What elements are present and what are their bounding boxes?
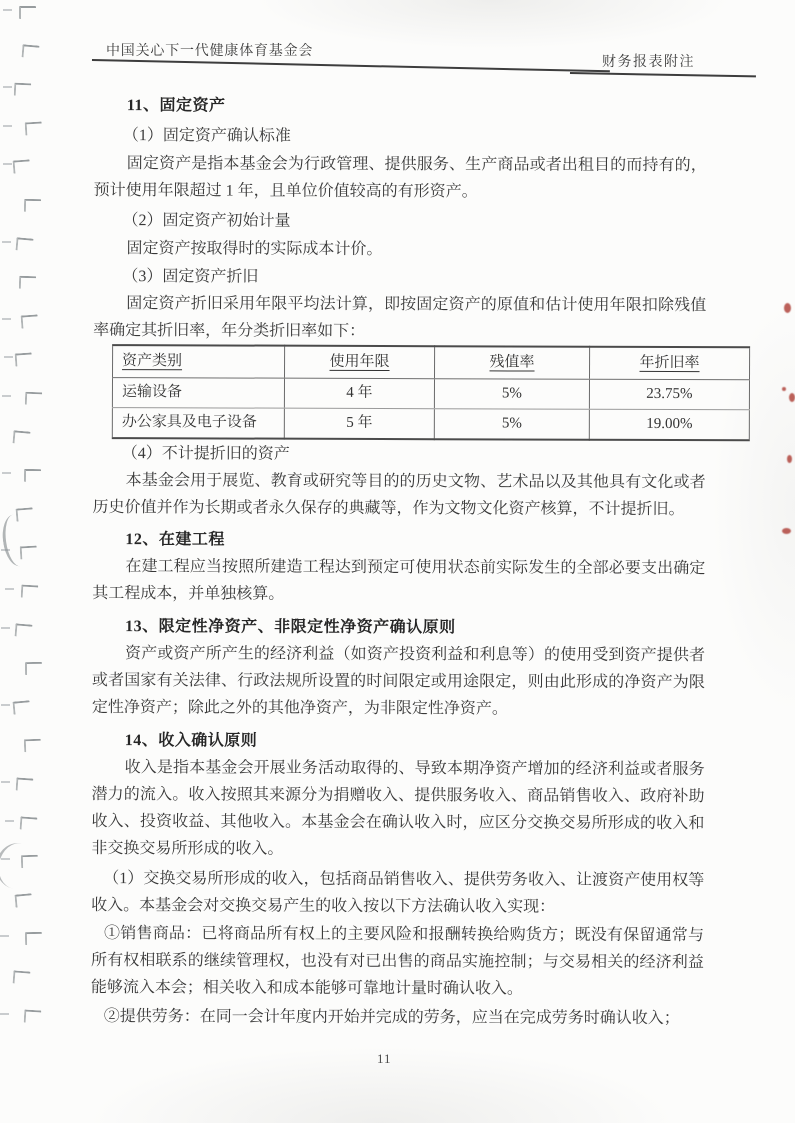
section-12-heading: 12、在建工程 [92, 526, 705, 555]
binding-dash-mark [3, 9, 12, 18]
binding-hook-mark [21, 44, 39, 58]
binding-hook-mark [24, 739, 41, 753]
binding-dash-mark [2, 395, 11, 404]
binding-dash-mark [1, 704, 10, 713]
binding-hook-mark [14, 83, 32, 97]
binding-hook-mark [13, 970, 31, 984]
binding-hook-mark [14, 353, 32, 367]
table-row: 办公家具及电子设备 5 年 5% 19.00% [112, 408, 749, 441]
section-11-2-paragraph: 固定资产按取得时的实际成本计价。 [93, 235, 706, 264]
depreciation-table-wrapper: 资产类别 使用年限 残值率 年折旧率 运输设备 4 年 5% 23.75% 办公… [93, 344, 706, 441]
binding-hook-mark [19, 276, 36, 289]
section-11-3-subheading: （3）固定资产折旧 [93, 263, 706, 292]
scanned-document-page: 中国关心下一代健康体育基金会 财务报表附注 11、固定资产 （1）固定资产确认标… [0, 0, 795, 1123]
binding-hook-mark [19, 816, 37, 830]
binding-curve-mark [0, 839, 43, 893]
binding-dash-mark [1, 858, 10, 867]
binding-hook-mark [16, 237, 34, 251]
section-11-4-subheading: （4）不计提折旧的资产 [93, 440, 706, 469]
depreciation-rate-table: 资产类别 使用年限 残值率 年折旧率 运输设备 4 年 5% 23.75% 办公… [112, 344, 750, 441]
binding-marks [0, 0, 70, 1123]
section-14-item-1-paragraph: （1）交换交易所形成的收入，包括商品销售收入、提供劳务收入、让渡资产使用权等收入… [91, 865, 704, 921]
binding-dash-mark [0, 935, 9, 944]
cell-useful-life: 5 年 [284, 408, 434, 439]
cell-asset-category: 办公家具及电子设备 [112, 408, 284, 439]
cell-residual-rate: 5% [434, 409, 589, 440]
header-rule-right [570, 72, 756, 77]
binding-hook-mark [19, 546, 37, 560]
col-header-annual-depreciation-rate: 年折旧率 [590, 347, 750, 380]
binding-dash-mark [5, 588, 14, 597]
binding-hook-mark [14, 893, 32, 907]
binding-curve-mark [0, 512, 39, 568]
binding-hook-mark [19, 6, 36, 19]
section-14-goods-paragraph: ①销售商品：已将商品所有权上的主要风险和报酬转换给购货方；既没有保留通常与所有权… [91, 920, 704, 1003]
header-document-label: 财务报表附注 [602, 51, 695, 71]
col-header-asset-category: 资产类别 [113, 345, 285, 378]
section-13-paragraph: 资产或资产所产生的经济利益（如资产投资利益和利息等）的使用受到资产提供者或者国家… [92, 640, 705, 723]
col-header-useful-life: 使用年限 [285, 346, 435, 379]
binding-dash-mark [2, 318, 11, 327]
red-ink-speck [784, 303, 791, 313]
binding-dash-mark [5, 820, 14, 829]
header-organization-name: 中国关心下一代健康体育基金会 [106, 40, 313, 60]
section-12-paragraph: 在建工程应当按照所建造工程达到预定可使用状态前实际发生的全部必要支出确定其工程成… [92, 553, 705, 609]
binding-hook-mark [15, 507, 33, 521]
red-ink-speck [787, 455, 792, 463]
binding-hook-mark [15, 777, 33, 791]
binding-dash-mark [3, 125, 12, 134]
binding-hook-mark [24, 1009, 42, 1023]
table-header-row: 资产类别 使用年限 残值率 年折旧率 [113, 345, 750, 380]
red-ink-speck [782, 528, 791, 534]
page-number: 11 [377, 1051, 392, 1067]
col-header-residual-rate: 残值率 [435, 346, 590, 379]
binding-dash-mark [2, 472, 11, 481]
document-body: 11、固定资产 （1）固定资产确认标准 固定资产是指本基金会为行政管理、提供服务… [91, 92, 707, 1032]
section-11-2-subheading: （2）固定资产初始计量 [94, 207, 707, 236]
binding-dash-mark [1, 549, 10, 558]
binding-hook-mark [24, 121, 42, 135]
binding-hook-mark [24, 932, 41, 945]
section-11-4-paragraph: 本基金会用于展览、教育或研究等目的的历史文物、艺术品以及其他具有文化或者历史价值… [93, 467, 706, 523]
header-rule-left [92, 59, 610, 72]
section-14-heading: 14、收入确认原则 [92, 727, 705, 756]
cell-useful-life: 4 年 [284, 378, 434, 409]
binding-hook-mark [24, 469, 41, 482]
section-11-3-paragraph: 固定资产折旧采用年限平均法计算，即按固定资产的原值和估计使用年限扣除残值率确定其… [93, 290, 706, 346]
binding-dash-mark [3, 163, 12, 172]
section-11-1-subheading: （1）固定资产确认标准 [94, 122, 707, 151]
binding-hook-mark [13, 430, 31, 444]
cell-annual-depreciation-rate: 19.00% [589, 409, 749, 440]
binding-hook-mark [25, 662, 42, 675]
red-ink-speck [789, 393, 795, 402]
section-11-heading: 11、固定资产 [94, 92, 707, 121]
section-14-paragraph: 收入是指本基金会开展业务活动取得的、导致本期净资产增加的经济利益或者服务潜力的流… [91, 754, 704, 864]
binding-dash-mark [3, 86, 12, 95]
cell-residual-rate: 5% [434, 379, 589, 410]
binding-dash-mark [1, 627, 10, 636]
cell-annual-depreciation-rate: 23.75% [589, 379, 749, 410]
binding-hook-mark [21, 855, 38, 868]
binding-hook-mark [25, 392, 42, 406]
binding-dash-mark [2, 241, 11, 250]
section-14-services-paragraph: ②提供劳务：在同一会计年度内开始并完成的劳务，应当在完成劳务时确认收入； [91, 1003, 704, 1032]
binding-hook-mark [21, 585, 39, 599]
binding-dash-mark [1, 781, 10, 790]
cell-asset-category: 运输设备 [112, 378, 284, 409]
table-row: 运输设备 4 年 5% 23.75% [112, 378, 749, 410]
binding-hook-mark [24, 199, 41, 212]
red-ink-speck [782, 387, 786, 391]
binding-hook-mark [12, 700, 30, 714]
binding-dash-mark [0, 1013, 9, 1022]
section-13-heading: 13、限定性净资产、非限定性净资产确认原则 [92, 613, 705, 642]
binding-hook-mark [21, 314, 39, 328]
binding-hook-mark [14, 623, 32, 637]
binding-dash-mark [4, 356, 13, 365]
binding-hook-mark [13, 160, 31, 174]
section-11-1-paragraph: 固定资产是指本基金会为行政管理、提供服务、生产商品或者出租目的而持有的，预计使用… [94, 150, 707, 206]
